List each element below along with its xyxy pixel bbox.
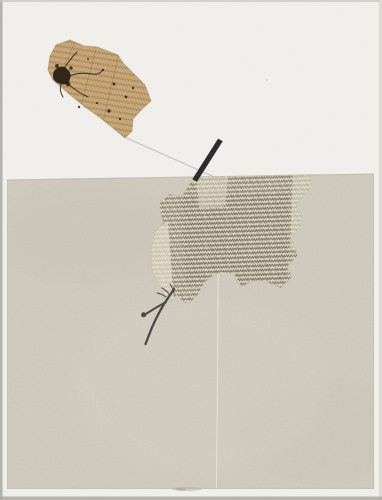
photo-edge-bottom: [0, 497, 382, 500]
collage-artwork: [0, 0, 382, 500]
photo-edge-top: [0, 0, 382, 2]
artwork-photo: [0, 0, 382, 500]
photo-edge-left: [0, 0, 3, 500]
photo-grain: [0, 0, 382, 500]
